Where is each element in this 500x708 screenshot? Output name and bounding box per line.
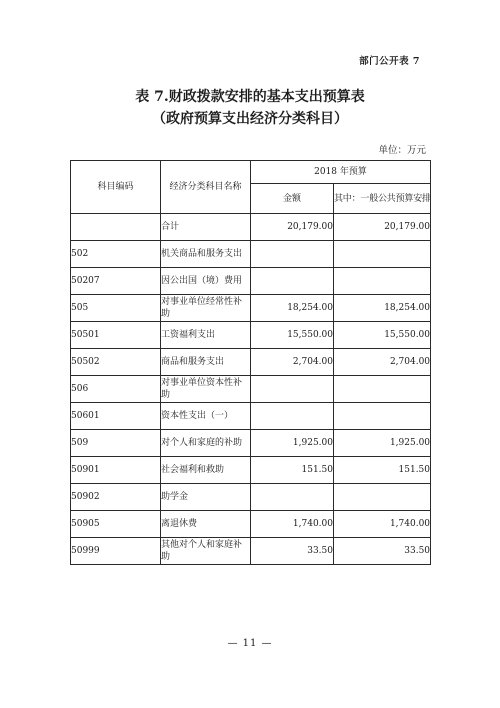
header-row-top: 科目编码 经济分类科目名称 2018 年预算 [71,161,431,184]
cell-general-budget: 1,925.00 [334,430,431,457]
unit-label: 单位：万元 [378,142,426,156]
cell-subject-code: 50901 [71,457,161,484]
cell-classification-name: 对事业单位经常性补助 [161,295,251,322]
cell-general-budget [334,403,431,430]
cell-general-budget: 2,704.00 [334,349,431,376]
table-row: 502 机关商品和服务支出 [71,241,431,268]
cell-classification-name: 其他对个人和家庭补助 [161,538,251,565]
cell-amount [251,484,334,511]
table-row: 509 对个人和家庭的补助 1,925.00 1,925.00 [71,430,431,457]
cell-general-budget [334,376,431,403]
cell-classification-name: 资本性支出（一） [161,403,251,430]
table-row: 50501 工资福利支出 15,550.00 15,550.00 [71,322,431,349]
cell-subject-code: 50999 [71,538,161,565]
cell-classification-name: 对事业单位资本性补助 [161,376,251,403]
page-title-line1: 表 7.财政拨款安排的基本支出预算表 [0,86,500,108]
table-row: 50901 社会福利和救助 151.50 151.50 [71,457,431,484]
cell-amount [251,268,334,295]
table-row: 50902 助学金 [71,484,431,511]
cell-classification-name: 离退休费 [161,511,251,538]
page-title-line2: （政府预算支出经济分类科目） [0,108,500,130]
cell-amount [251,376,334,403]
table-row: 50207 因公出国（境）费用 [71,268,431,295]
cell-classification-name: 工资福利支出 [161,322,251,349]
table-row: 505 对事业单位经常性补助 18,254.00 18,254.00 [71,295,431,322]
cell-subject-code: 506 [71,376,161,403]
cell-subject-code: 50502 [71,349,161,376]
header-classification-name: 经济分类科目名称 [161,161,251,214]
cell-general-budget [334,241,431,268]
header-subject-code: 科目编码 [71,161,161,214]
cell-amount: 18,254.00 [251,295,334,322]
cell-classification-name: 因公出国（境）费用 [161,268,251,295]
cell-amount [251,241,334,268]
table-row: 50601 资本性支出（一） [71,403,431,430]
cell-subject-code [71,214,161,241]
corner-table-label: 部门公开表 7 [359,53,420,67]
cell-classification-name: 商品和服务支出 [161,349,251,376]
cell-amount: 151.50 [251,457,334,484]
cell-amount: 2,704.00 [251,349,334,376]
cell-subject-code: 50902 [71,484,161,511]
cell-subject-code: 50207 [71,268,161,295]
cell-classification-name: 机关商品和服务支出 [161,241,251,268]
page-title: 表 7.财政拨款安排的基本支出预算表 （政府预算支出经济分类科目） [0,86,500,130]
cell-amount [251,403,334,430]
cell-subject-code: 509 [71,430,161,457]
table-row: 50502 商品和服务支出 2,704.00 2,704.00 [71,349,431,376]
header-amount: 金额 [251,184,334,214]
cell-general-budget: 1,740.00 [334,511,431,538]
cell-classification-name: 社会福利和救助 [161,457,251,484]
page-number: — 11 — [0,638,500,649]
cell-classification-name: 助学金 [161,484,251,511]
cell-amount: 20,179.00 [251,214,334,241]
cell-amount: 33.50 [251,538,334,565]
cell-general-budget: 151.50 [334,457,431,484]
table-row: 合计 20,179.00 20,179.00 [71,214,431,241]
document-page: 部门公开表 7 表 7.财政拨款安排的基本支出预算表 （政府预算支出经济分类科目… [0,0,500,708]
table-body: 合计 20,179.00 20,179.00 502 机关商品和服务支出 502… [71,214,431,565]
cell-general-budget [334,268,431,295]
cell-amount: 1,740.00 [251,511,334,538]
cell-general-budget: 33.50 [334,538,431,565]
cell-amount: 1,925.00 [251,430,334,457]
cell-general-budget [334,484,431,511]
cell-subject-code: 50905 [71,511,161,538]
cell-subject-code: 502 [71,241,161,268]
cell-general-budget: 20,179.00 [334,214,431,241]
cell-general-budget: 15,550.00 [334,322,431,349]
table-row: 506 对事业单位资本性补助 [71,376,431,403]
cell-classification-name: 合计 [161,214,251,241]
budget-table: 科目编码 经济分类科目名称 2018 年预算 金额 其中：一般公共预算安排 合计… [70,160,431,565]
table-row: 50999 其他对个人和家庭补助 33.50 33.50 [71,538,431,565]
budget-table-header: 科目编码 经济分类科目名称 2018 年预算 金额 其中：一般公共预算安排 [71,161,431,214]
cell-amount: 15,550.00 [251,322,334,349]
header-year-budget-group: 2018 年预算 [251,161,431,184]
cell-subject-code: 505 [71,295,161,322]
cell-general-budget: 18,254.00 [334,295,431,322]
header-general-public-budget: 其中：一般公共预算安排 [334,184,431,214]
cell-subject-code: 50501 [71,322,161,349]
cell-classification-name: 对个人和家庭的补助 [161,430,251,457]
table-row: 50905 离退休费 1,740.00 1,740.00 [71,511,431,538]
cell-subject-code: 50601 [71,403,161,430]
